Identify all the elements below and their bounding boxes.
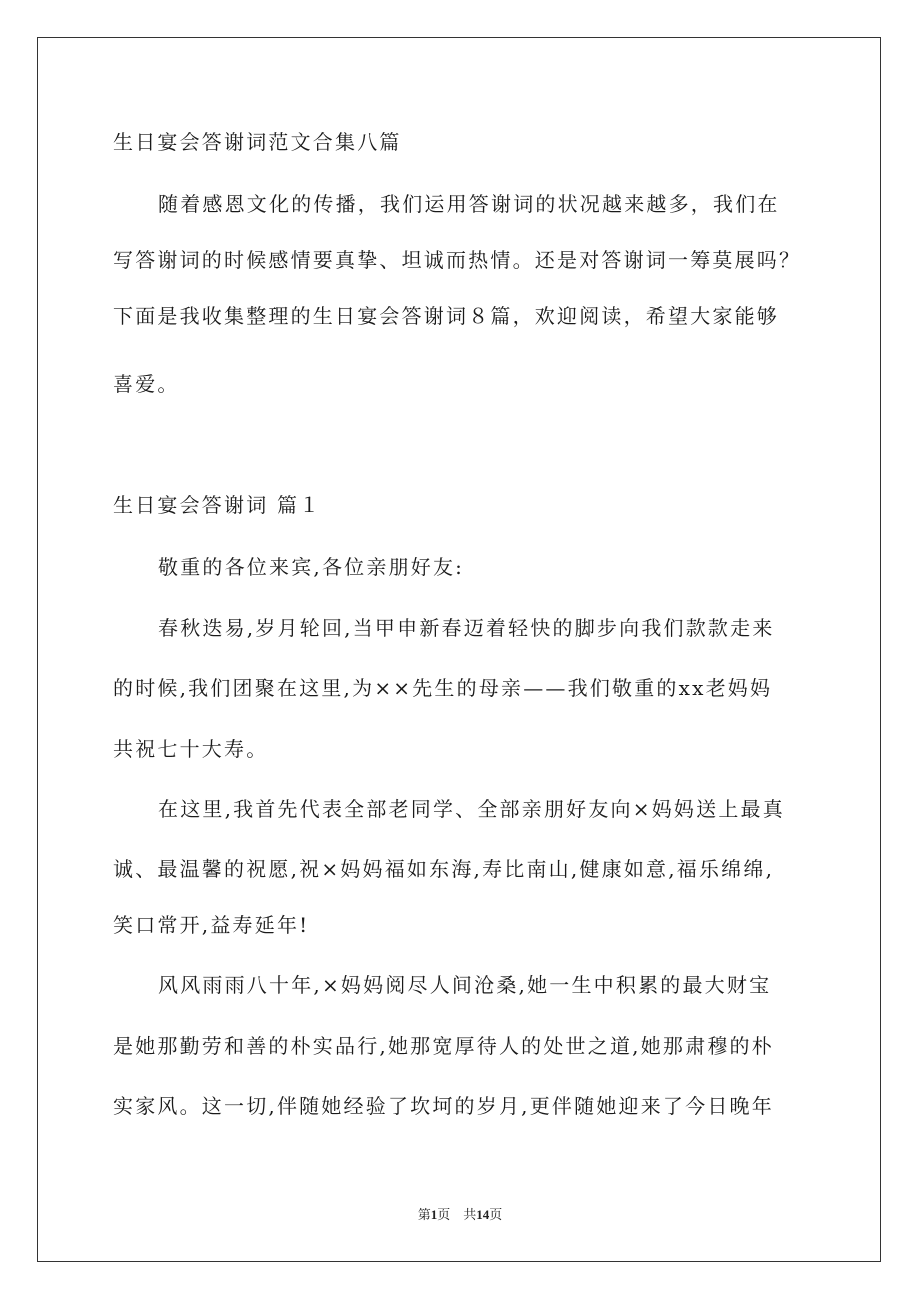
intro-line: 喜爱。 — [113, 372, 813, 396]
page-border — [37, 37, 881, 1262]
intro-line: 写答谢词的时候感情要真挚、坦诚而热情。还是对答谢词一筹莫展吗？ — [113, 248, 813, 272]
body-line: 诚、最温馨的祝愿,祝×妈妈福如东海,寿比南山,健康如意,福乐绵绵, — [113, 857, 813, 881]
page-prefix: 第 — [418, 1207, 431, 1222]
document-title: 生日宴会答谢词范文合集八篇 — [113, 130, 813, 154]
body-line: 敬重的各位来宾,各位亲朋好友: — [158, 555, 858, 579]
body-line: 实家风。这一切,伴随她经验了坎坷的岁月,更伴随她迎来了今日晚年 — [113, 1094, 813, 1118]
section-heading: 生日宴会答谢词 篇１ — [113, 493, 813, 517]
body-line: 春秋迭易,岁月轮回,当甲申新春迈着轻快的脚步向我们款款走来 — [158, 616, 858, 640]
body-line: 是她那勤劳和善的朴实品行,她那宽厚待人的处世之道,她那肃穆的朴 — [113, 1034, 813, 1058]
body-line: 笑口常开,益寿延年! — [113, 913, 813, 937]
intro-line: 下面是我收集整理的生日宴会答谢词８篇，欢迎阅读，希望大家能够 — [113, 304, 813, 328]
total-suffix: 页 — [489, 1207, 502, 1222]
body-line: 在这里,我首先代表全部老同学、全部亲朋好友向×妈妈送上最真 — [158, 797, 858, 821]
body-line: 的时候,我们团聚在这里,为××先生的母亲——我们敬重的xx老妈妈 — [113, 676, 813, 700]
intro-line: 随着感恩文化的传播，我们运用答谢词的状况越来越多，我们在 — [158, 192, 858, 216]
page-footer: 第1页 共14页 — [0, 1207, 920, 1223]
body-line: 共祝七十大寿。 — [113, 737, 813, 761]
body-line: 风风雨雨八十年,×妈妈阅尽人间沧桑,她一生中积累的最大财宝 — [158, 973, 858, 997]
total-pages-number: 14 — [476, 1207, 489, 1222]
total-prefix: 共 — [463, 1207, 476, 1222]
page-suffix: 页 — [437, 1207, 450, 1222]
